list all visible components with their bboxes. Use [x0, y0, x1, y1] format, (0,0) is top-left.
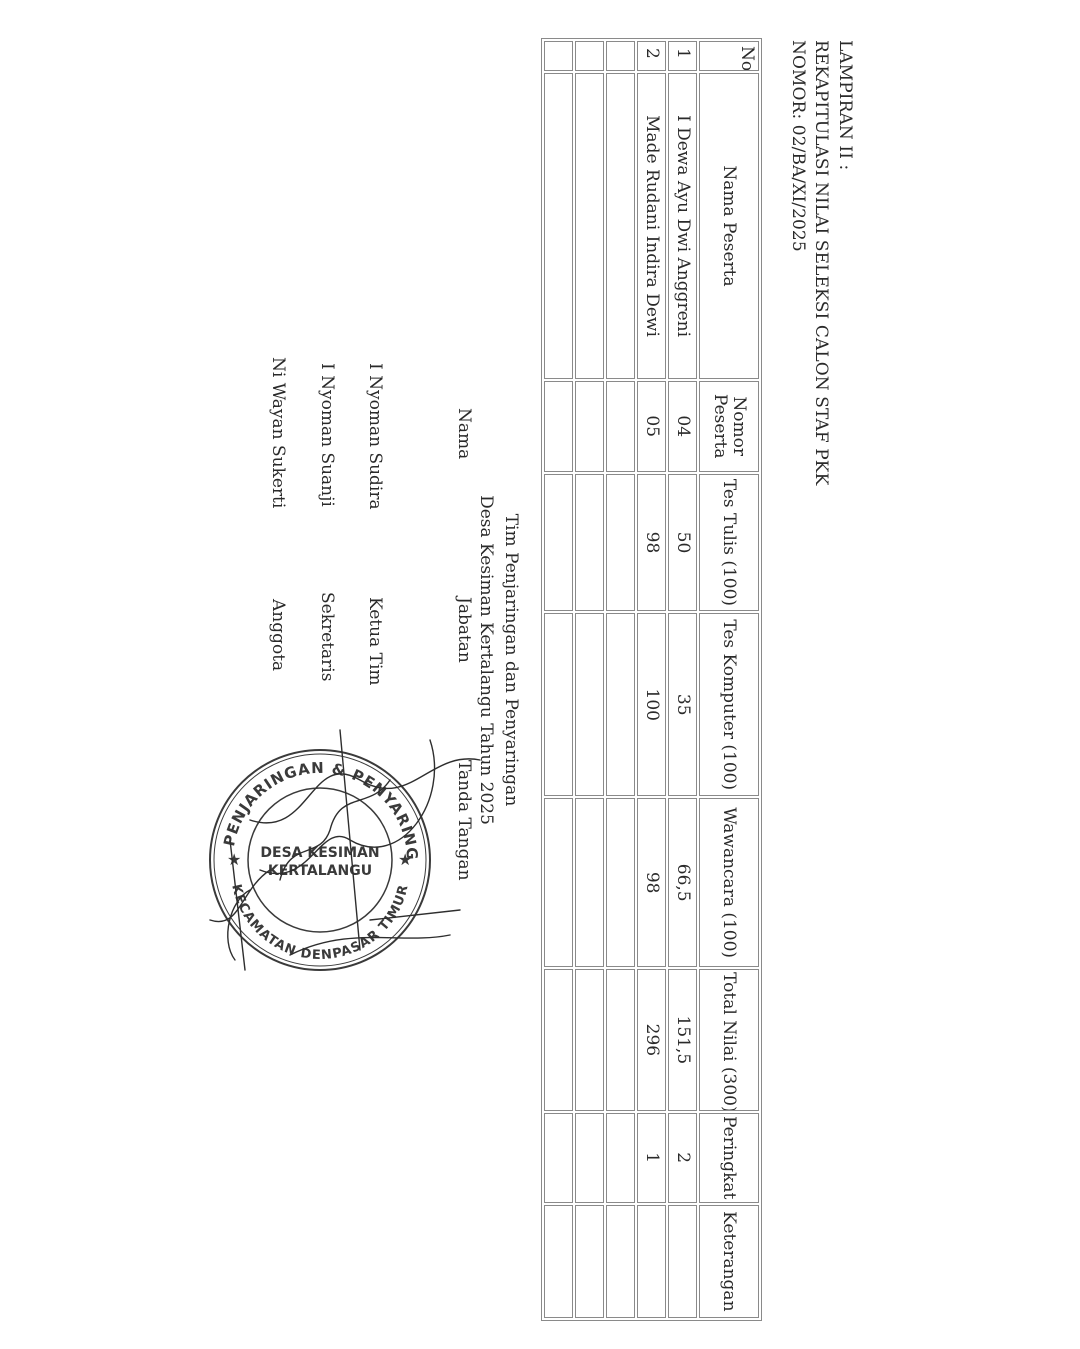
cell-tes-tulis — [544, 474, 573, 612]
cell-tes-tulis: 50 — [668, 474, 697, 612]
col-header-tes-komputer: Tes Komputer (100) — [699, 613, 759, 796]
cell-keterangan — [668, 1205, 697, 1318]
cell-wawancara — [575, 798, 604, 967]
cell-nomor-peserta — [544, 381, 573, 472]
table-header-row: No. Nama Peserta Nomor Peserta Tes Tulis… — [699, 41, 759, 1318]
cell-keterangan — [637, 1205, 666, 1318]
team-subtitle: Desa Kesiman Kertalangu Tahun 2025 — [476, 0, 496, 1320]
cell-tes-komputer — [606, 613, 635, 796]
cell-no — [575, 41, 604, 71]
cell-tes-tulis — [575, 474, 604, 612]
cell-nomor-peserta — [606, 381, 635, 472]
cell-keterangan — [544, 1205, 573, 1318]
team-title: Tim Penjaringan dan Penyaringan — [501, 0, 521, 1320]
col-header-nomor-peserta: Nomor Peserta — [699, 381, 759, 472]
cell-no: 1 — [668, 41, 697, 71]
col-header-keterangan: Keterangan — [699, 1205, 759, 1318]
cell-total-nilai — [575, 969, 604, 1111]
cell-tes-komputer: 100 — [637, 613, 666, 796]
cell-tes-komputer — [575, 613, 604, 796]
cell-no: 2 — [637, 41, 666, 71]
col-header-tes-tulis: Tes Tulis (100) — [699, 474, 759, 612]
score-recap-table: No. Nama Peserta Nomor Peserta Tes Tulis… — [541, 38, 762, 1321]
table-row — [575, 41, 604, 1318]
cell-total-nilai: 296 — [637, 969, 666, 1111]
member-position: Sekretaris — [317, 592, 337, 681]
cell-peringkat — [544, 1113, 573, 1203]
attachment-label: LAMPIRAN II : — [835, 40, 855, 170]
table-row — [606, 41, 635, 1318]
cell-keterangan — [606, 1205, 635, 1318]
cell-peringkat — [575, 1113, 604, 1203]
table-row: 2Made Rudani Indira Dewi0598100982961 — [637, 41, 666, 1318]
member-name: I Nyoman Suanji — [317, 363, 337, 507]
cell-total-nilai: 151,5 — [668, 969, 697, 1111]
members-header-position: Jabatan — [454, 597, 474, 663]
table-row — [544, 41, 573, 1318]
cell-wawancara — [544, 798, 573, 967]
cell-tes-tulis: 98 — [637, 474, 666, 612]
document-page: LAMPIRAN II : REKAPITULASI NILAI SELEKSI… — [0, 0, 870, 1349]
signature-scribbles-icon — [190, 720, 490, 980]
cell-total-nilai — [544, 969, 573, 1111]
members-header-name: Nama — [454, 408, 474, 459]
member-position: Anggota — [268, 599, 288, 671]
document-number: NOMOR: 02/BA/XI/2025 — [788, 40, 808, 252]
cell-peringkat: 2 — [668, 1113, 697, 1203]
cell-nama-peserta — [606, 73, 635, 378]
cell-nomor-peserta: 05 — [637, 381, 666, 472]
member-name: Ni Wayan Sukerti — [268, 357, 288, 508]
cell-no — [606, 41, 635, 71]
col-header-total-nilai: Total Nilai (300) — [699, 969, 759, 1111]
col-header-nama-peserta: Nama Peserta — [699, 73, 759, 378]
col-header-wawancara: Wawancara (100) — [699, 798, 759, 967]
cell-tes-tulis — [606, 474, 635, 612]
cell-tes-komputer: 35 — [668, 613, 697, 796]
cell-peringkat — [606, 1113, 635, 1203]
cell-tes-komputer — [544, 613, 573, 796]
cell-nomor-peserta: 04 — [668, 381, 697, 472]
cell-nama-peserta — [544, 73, 573, 378]
cell-wawancara — [606, 798, 635, 967]
cell-wawancara: 66,5 — [668, 798, 697, 967]
col-header-no: No. — [699, 41, 759, 71]
cell-no — [544, 41, 573, 71]
cell-nomor-peserta — [575, 381, 604, 472]
cell-nama-peserta: I Dewa Ayu Dwi Anggreni — [668, 73, 697, 378]
cell-nama-peserta: Made Rudani Indira Dewi — [637, 73, 666, 378]
col-header-peringkat: Peringkat — [699, 1113, 759, 1203]
cell-total-nilai — [606, 969, 635, 1111]
table-row: 1I Dewa Ayu Dwi Anggreni04503566,5151,52 — [668, 41, 697, 1318]
member-position: Ketua Tim — [365, 597, 385, 686]
member-name: I Nyoman Sudira — [365, 363, 385, 510]
cell-nama-peserta — [575, 73, 604, 378]
cell-wawancara: 98 — [637, 798, 666, 967]
cell-keterangan — [575, 1205, 604, 1318]
document-title: REKAPITULASI NILAI SELEKSI CALON STAF PK… — [811, 40, 831, 485]
cell-peringkat: 1 — [637, 1113, 666, 1203]
